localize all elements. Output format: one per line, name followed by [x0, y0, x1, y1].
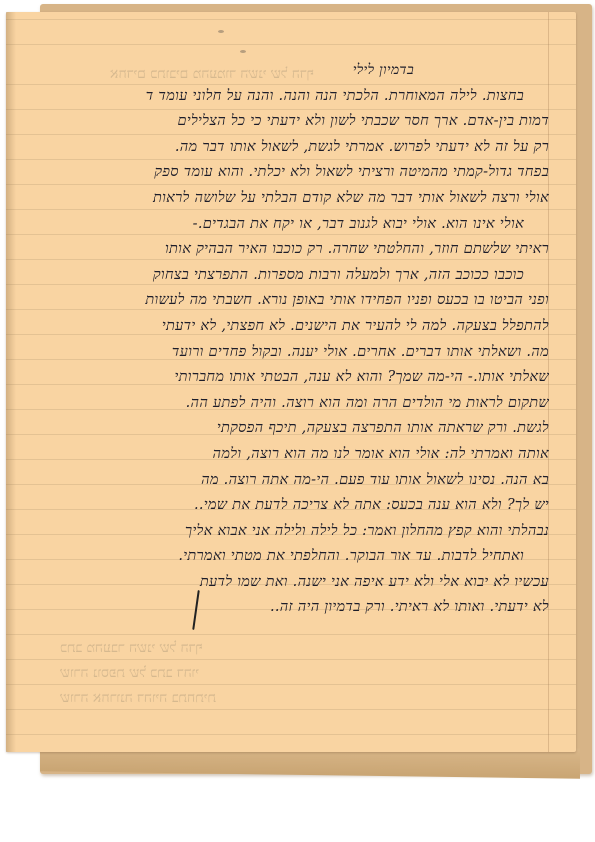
bleed-through-text: שורה אחרונה דהויה בתחתית: [60, 690, 216, 707]
text-line: ואתחיל לדבות. עד אור הבוקר. והחלפתי את מ…: [44, 544, 549, 570]
text-line: בא הנה. נסינו לשאול אותו עוד פעם. הי-מה …: [44, 468, 549, 494]
text-line: נבהלתי והוא קפץ מהחלון ואמר: כל לילה ולי…: [44, 519, 549, 545]
text-line: מה. ושאלתי אותו דברים. אחרים. אולי יענה.…: [44, 340, 549, 366]
handwritten-text: בדמיון לילי בחצות. לילה המאוחרת. הלכתי ה…: [44, 58, 549, 621]
text-line: אולי אינו הוא. אולי יבוא לגנוב דבר, או י…: [44, 212, 549, 238]
entry-title: בדמיון לילי: [44, 58, 549, 84]
text-line: דמות בין-אדם. ארך חסר שכבתי לשון ולא ידע…: [44, 109, 549, 135]
bleed-through-text: כתב מהעבר השני של הדף: [60, 640, 203, 657]
text-line: אותה ואמרתי לה: אולי הוא אומר לנו מה הוא…: [44, 442, 549, 468]
text-line: יש לך? ולא הוא ענה בכעס: אתה לא צריכה לד…: [44, 493, 549, 519]
text-line-final: לא ידעתי. ואותו לא ראיתי. ורק בדמיון היה…: [44, 595, 549, 621]
text-line: עכשיו לא יבוא אלי ולא ידע איפה אני ישנה.…: [44, 570, 549, 596]
ink-smudge: [240, 50, 246, 53]
text-line: שאלתי אותו.- הי-מה שמך? והוא לא ענה, הבט…: [44, 365, 549, 391]
text-line: שתקום לראות מי הולדים הרה ומה הוא רוצה. …: [44, 391, 549, 417]
ink-smudge: [218, 30, 224, 33]
text-line: ראיתי שלשתם חוזר, והחלטתי שחרה. רק כוכבו…: [44, 237, 549, 263]
text-line: כוכבו ככוכב הזה, ארך ולמעלה ורבות מספרות…: [44, 263, 549, 289]
text-line: להתפלל בצעקה. למה לי להעיר את הישנים. לא…: [44, 314, 549, 340]
bleed-through-text: שורה נוספת של כתב דהוי: [60, 665, 199, 682]
page-edge-shadow: [6, 12, 16, 752]
text-line: ופני הביטו בו בכעס ופניו הפחידו אותי באו…: [44, 288, 549, 314]
text-line: אולי ורצה לשאול אותי דבר מה שלא קודם הבל…: [44, 186, 549, 212]
text-line: בחצות. לילה המאוחרת. הלכתי הנה והנה. והנ…: [44, 84, 549, 110]
text-line: לגשת. ורק שראתה אותו התפרצה בצעקה, תיכף …: [44, 416, 549, 442]
text-line: בפחד גדול-קמתי מהמיטה ורציתי לשאול ולא י…: [44, 160, 549, 186]
text-line: רק על זה לא ידעתי לפרוש. אמרתי לגשת, לשא…: [44, 135, 549, 161]
